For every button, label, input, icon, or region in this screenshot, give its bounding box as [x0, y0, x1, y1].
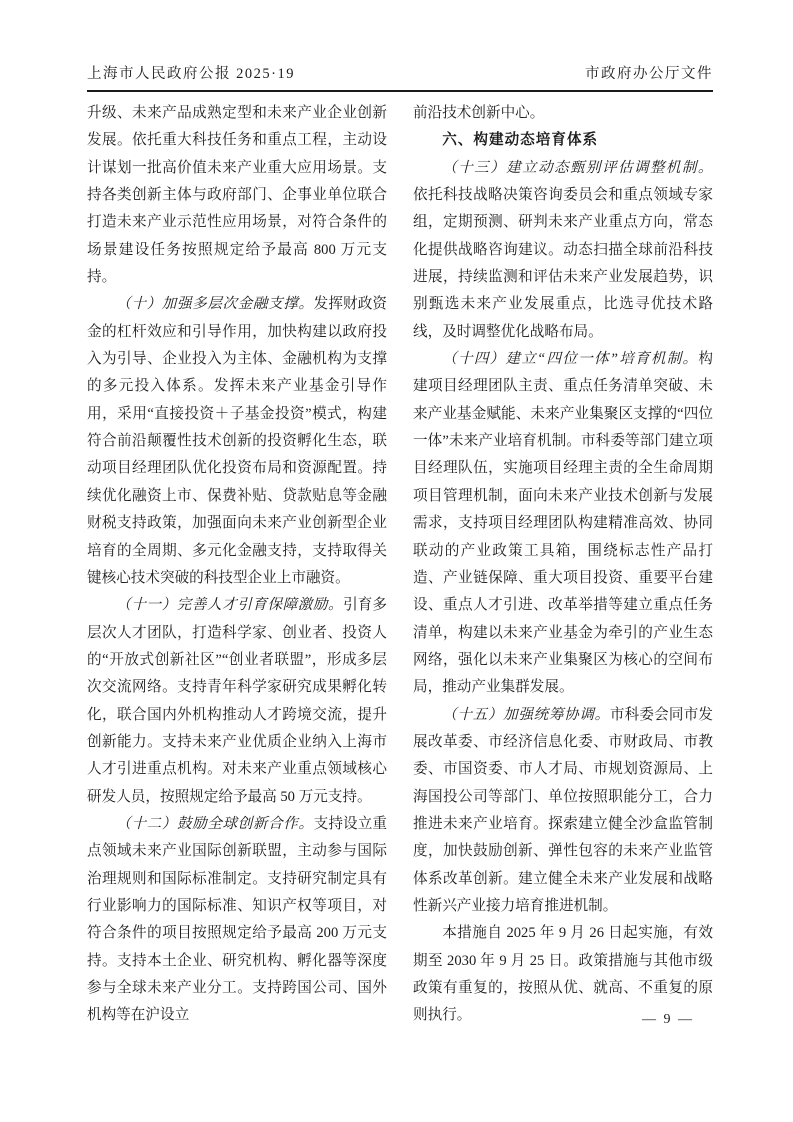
header-right-label: 市政府办公厅文件 — [585, 62, 713, 83]
header-left-title: 上海市人民政府公报 2025·19 — [87, 62, 295, 83]
document-body: 升级、未来产品成熟定型和未来产业企业创新发展。依托重大科技任务和重点工程，主动设… — [87, 100, 713, 1030]
page-number: — 9 — — [642, 1012, 694, 1027]
paragraph-lead: （十）加强多层次金融支撑。 — [116, 296, 313, 312]
paragraph: （十五）加强统筹协调。市科委会同市发展改革委、市经济信息化委、市财政局、市教委、… — [413, 702, 713, 921]
paragraph: （十二）鼓励全球创新合作。支持设立重点领域未来产业国际创新联盟，主动参与国际治理… — [87, 811, 387, 1030]
paragraph-lead: （十五）加强统筹协调。 — [442, 707, 610, 723]
paragraph-lead: （十三）建立动态甄别评估调整机制。 — [442, 160, 713, 176]
paragraph-lead: （十四）建立“四位一体”培育机制。 — [442, 351, 698, 367]
document-page: 上海市人民政府公报 2025·19 市政府办公厅文件 升级、未来产品成熟定型和未… — [0, 0, 793, 1122]
section-heading: 六、构建动态培育体系 — [413, 127, 713, 154]
paragraph: 升级、未来产品成熟定型和未来产业企业创新发展。依托重大科技任务和重点工程，主动设… — [87, 100, 387, 291]
left-column: 升级、未来产品成熟定型和未来产业企业创新发展。依托重大科技任务和重点工程，主动设… — [87, 100, 387, 1030]
paragraph-lead: （十一）完善人才引育保障激励。 — [116, 597, 343, 613]
page-footer: — 9 — — [632, 1012, 704, 1028]
paragraph: 前沿技术创新中心。 — [413, 100, 713, 127]
paragraph-lead: （十二）鼓励全球创新合作。 — [116, 816, 313, 832]
paragraph: （十四）建立“四位一体”培育机制。构建项目经理团队主责、重点任务清单突破、未来产… — [413, 346, 713, 701]
paragraph: （十一）完善人才引育保障激励。引育多层次人才团队，打造科学家、创业者、投资人的“… — [87, 592, 387, 811]
right-column: 前沿技术创新中心。六、构建动态培育体系（十三）建立动态甄别评估调整机制。依托科技… — [413, 100, 713, 1030]
header-rule — [87, 90, 713, 92]
paragraph: （十）加强多层次金融支撑。发挥财政资金的杠杆效应和引导作用，加快构建以政府投入为… — [87, 291, 387, 592]
paragraph: （十三）建立动态甄别评估调整机制。依托科技战略决策咨询委员会和重点领域专家组，定… — [413, 155, 713, 346]
page-header: 上海市人民政府公报 2025·19 市政府办公厅文件 — [87, 62, 713, 83]
